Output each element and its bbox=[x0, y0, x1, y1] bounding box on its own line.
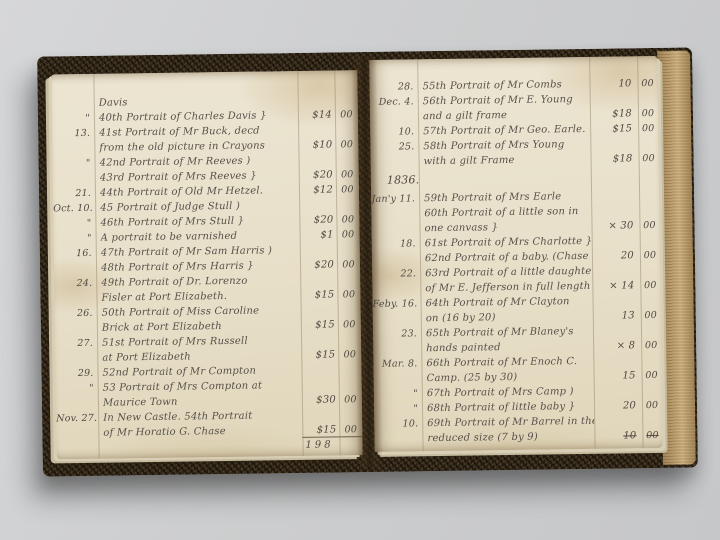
ledger-entry: Mar. 8.66th Portrait of Mr Enoch C.Camp.… bbox=[373, 353, 661, 387]
entry-description: 64th Portrait of Mr Claytonon (16 by 20) bbox=[420, 294, 592, 326]
entry-date: 13. bbox=[52, 126, 94, 142]
entry-date: " bbox=[56, 381, 98, 397]
entry-amount-dollars: 13 bbox=[593, 308, 641, 324]
entry-date: 26. bbox=[55, 306, 97, 322]
entry-line: 69th Portrait of Mr Barrel in the bbox=[427, 414, 594, 431]
entry-amount-dollars: $30 bbox=[302, 392, 339, 408]
entry-line bbox=[103, 438, 302, 456]
entry-amount-dollars: $15 bbox=[301, 347, 338, 363]
entry-amount-cents: 00 bbox=[641, 308, 661, 323]
entry-date: Oct. 10. bbox=[53, 201, 95, 217]
entry-date bbox=[54, 261, 96, 277]
page-total-row: 198 bbox=[56, 437, 362, 456]
entry-amount-dollars: $15 bbox=[301, 317, 338, 333]
entry-date: 29. bbox=[55, 366, 97, 382]
entry-description: 58th Portrait of Mrs Youngwith a gilt Fr… bbox=[418, 137, 590, 169]
entry-date: " bbox=[53, 216, 95, 232]
entry-amount-dollars: $12 bbox=[299, 182, 336, 198]
ledger-page-left: Davis"40th Portrait of Charles Davis }$1… bbox=[51, 70, 362, 459]
entry-description: 53 Portrait of Mrs Compton atMaurice Tow… bbox=[98, 378, 302, 411]
entry-amount-dollars: 20 bbox=[592, 248, 640, 264]
ledger-entry: "53 Portrait of Mrs Compton atMaurice To… bbox=[56, 377, 362, 411]
entry-amount-cents: 00 bbox=[640, 278, 660, 293]
entry-date: Nov. 27. bbox=[56, 411, 98, 427]
entry-date: " bbox=[52, 111, 94, 127]
entry-amount-dollars: $15 bbox=[590, 121, 638, 137]
entry-amount-dollars: × 14 bbox=[592, 278, 640, 294]
entry-amount-dollars: 10 bbox=[589, 76, 637, 92]
entry-amount-dollars: $18 bbox=[590, 151, 638, 167]
entry-date: " bbox=[52, 156, 94, 172]
entry-description: 63rd Portrait of a little daughterof Mr … bbox=[420, 264, 592, 296]
entry-date: 27. bbox=[55, 336, 97, 352]
entry-description: 49th Portrait of Dr. LorenzoFisler at Po… bbox=[96, 273, 300, 306]
entry-description bbox=[98, 438, 302, 456]
entry-date: 21. bbox=[53, 186, 95, 202]
entry-description: 50th Portrait of Miss CarolineBrick at P… bbox=[97, 303, 301, 336]
entry-amount-cents: 00 bbox=[638, 151, 658, 166]
entry-description: 51st Portrait of Mrs Russellat Port Eliz… bbox=[97, 333, 301, 366]
entry-amount-cents: 00 bbox=[638, 121, 658, 136]
photograph-background: Davis"40th Portrait of Charles Davis }$1… bbox=[0, 0, 720, 540]
entry-amount-cents: 00 bbox=[640, 248, 660, 263]
entry-amount-dollars bbox=[299, 197, 336, 213]
ledger-entry: 27.51st Portrait of Mrs Russellat Port E… bbox=[55, 332, 361, 366]
entry-date: 24. bbox=[54, 276, 96, 292]
ledger-entry: 10.69th Portrait of Mr Barrel in theredu… bbox=[374, 413, 662, 447]
ledger-entry: 26.50th Portrait of Miss CarolineBrick a… bbox=[55, 302, 361, 336]
ledger-entry: 18.61st Portrait of Mrs Charlotte }62nd … bbox=[372, 233, 660, 267]
entry-line: with a gilt Frame bbox=[424, 152, 591, 169]
entry-description: 66th Portrait of Mr Enoch C.Camp. (25 by… bbox=[421, 354, 593, 386]
ledger-entry: 23.65th Portrait of Mr Blaney'shands pai… bbox=[373, 323, 661, 357]
ledger-entry: 25.58th Portrait of Mrs Youngwith a gilt… bbox=[370, 136, 658, 170]
entry-amount-dollars: $15 bbox=[302, 422, 339, 438]
entry-amount-dollars: 20 bbox=[594, 398, 642, 414]
entry-line: reduced size (7 by 9) bbox=[427, 429, 594, 446]
entry-amount-dollars bbox=[298, 152, 335, 168]
entry-amount-dollars bbox=[300, 242, 337, 258]
ledger-entry: Dec. 4.56th Portrait of Mr E. Youngand a… bbox=[370, 91, 658, 125]
entry-amount-dollars: $20 bbox=[299, 212, 336, 228]
entry-amount-dollars bbox=[594, 383, 642, 399]
entry-amount-cents: 00 bbox=[639, 218, 659, 233]
ledger-entry: Nov. 27.In New Castle. 54th Portraitof M… bbox=[56, 407, 362, 441]
ledger-entry: 13.41st Portrait of Mr Buck, decdfrom th… bbox=[52, 122, 358, 156]
entry-amount-dollars: 198 bbox=[302, 437, 339, 453]
entry-description: 41st Portrait of Mr Buck, decdfrom the o… bbox=[94, 123, 298, 156]
entry-date bbox=[56, 441, 98, 457]
entry-line: 56th Portrait of Mr E. Young bbox=[423, 92, 590, 109]
entry-amount-dollars: $20 bbox=[299, 167, 336, 183]
entry-amount-cents: 00 bbox=[637, 76, 657, 91]
entry-amount-cents bbox=[642, 383, 662, 398]
account-book: Davis"40th Portrait of Charles Davis }$1… bbox=[37, 47, 698, 476]
ledger-entry: Jan'y 11.59th Portrait of Mrs Earle60th … bbox=[371, 188, 660, 237]
ledger-entries-right: 28.55th Portrait of Mr Combs1000Dec. 4.5… bbox=[369, 56, 662, 452]
entry-amount-cents: 00 bbox=[638, 106, 658, 121]
ledger-page-right: 28.55th Portrait of Mr Combs1000Dec. 4.5… bbox=[369, 56, 662, 452]
entry-line: 60th Portrait of a little son in bbox=[424, 204, 591, 221]
entry-amount-dollars: 15 bbox=[594, 368, 642, 384]
entry-amount-cents: 00 bbox=[642, 428, 662, 443]
ledger-entry: 24.49th Portrait of Dr. LorenzoFisler at… bbox=[54, 272, 360, 306]
entry-date: " bbox=[54, 231, 96, 247]
ledger-entries-left: Davis"40th Portrait of Charles Davis }$1… bbox=[51, 70, 362, 459]
entry-date bbox=[52, 96, 94, 112]
ledger-entry: 22.63rd Portrait of a little daughterof … bbox=[372, 263, 660, 297]
entry-amount-dollars: $14 bbox=[298, 107, 335, 123]
entry-amount-dollars: 10 bbox=[594, 428, 642, 444]
entry-description: 59th Portrait of Mrs Earle60th Portrait … bbox=[419, 189, 592, 236]
entry-amount-cents: 00 bbox=[642, 398, 662, 413]
year-label: 1836. bbox=[387, 169, 420, 191]
entry-amount-dollars: × 8 bbox=[593, 338, 641, 354]
entry-amount-dollars: × 30 bbox=[591, 218, 639, 234]
page-block-fore-edge bbox=[657, 50, 696, 464]
entry-amount-dollars: $15 bbox=[300, 287, 337, 303]
entry-amount-dollars: $20 bbox=[300, 257, 337, 273]
entry-line: 64th Portrait of Mr Clayton bbox=[425, 294, 592, 311]
entry-amount-dollars bbox=[298, 92, 335, 108]
entry-amount-dollars: $18 bbox=[590, 106, 638, 122]
entry-description: In New Castle. 54th Portraitof Mr Horati… bbox=[98, 408, 302, 441]
entry-amount-dollars: $1 bbox=[300, 227, 337, 243]
entry-amount-cents: 00 bbox=[642, 368, 662, 383]
entry-date bbox=[53, 171, 95, 187]
entry-description: 56th Portrait of Mr E. Youngand a gilt f… bbox=[418, 92, 590, 124]
entry-line: 65th Portrait of Mr Blaney's bbox=[426, 324, 593, 341]
entry-amount-cents: 00 bbox=[641, 338, 661, 353]
entry-description: 65th Portrait of Mr Blaney'shands painte… bbox=[421, 324, 593, 356]
entry-description: 69th Portrait of Mr Barrel in thereduced… bbox=[422, 414, 594, 446]
entry-line: 66th Portrait of Mr Enoch C. bbox=[426, 354, 593, 371]
entry-description: 61st Portrait of Mrs Charlotte }62nd Por… bbox=[420, 234, 592, 266]
entry-amount-dollars bbox=[301, 362, 338, 378]
entry-amount-dollars: $10 bbox=[298, 137, 335, 153]
entry-date: 16. bbox=[54, 246, 96, 262]
ledger-entry: Feby. 16.64th Portrait of Mr Claytonon (… bbox=[372, 293, 660, 327]
